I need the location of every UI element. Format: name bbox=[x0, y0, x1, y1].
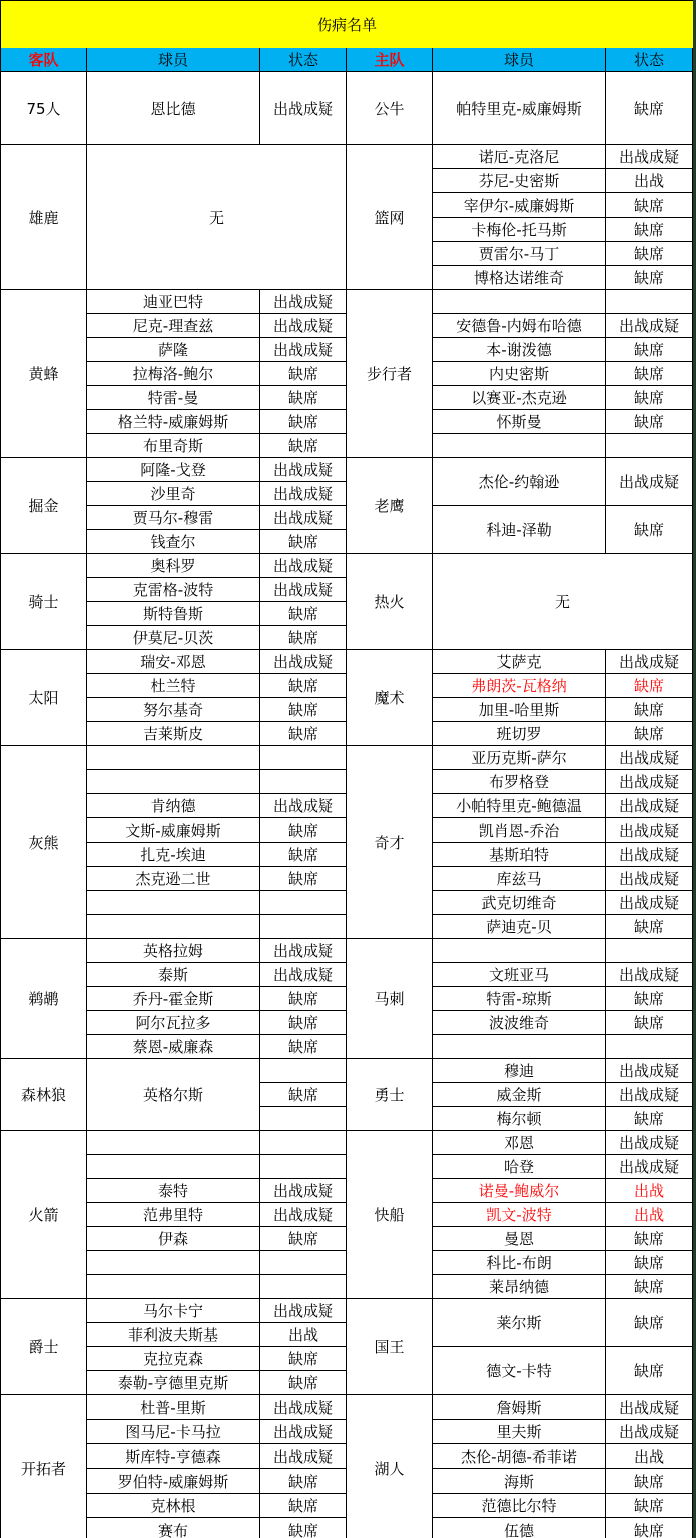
away-player-cell bbox=[87, 1155, 260, 1179]
away-team-cell: 森林狼 bbox=[0, 1059, 87, 1131]
away-player-cell: 阿隆-戈登 bbox=[87, 458, 260, 482]
home-status-cell: 缺席 bbox=[606, 698, 693, 722]
away-player-cell: 英格拉姆 bbox=[87, 939, 260, 963]
away-status-cell: 缺席 bbox=[260, 843, 347, 867]
away-player-cell: 克雷格-波特 bbox=[87, 578, 260, 602]
away-status-cell: 缺席 bbox=[260, 434, 347, 458]
home-player-cell: 穆迪 bbox=[433, 1059, 606, 1083]
home-player-cell: 小帕特里克-鲍德温 bbox=[433, 794, 606, 818]
home-player-cell: 布罗格登 bbox=[433, 770, 606, 794]
home-player-cell: 波波维奇 bbox=[433, 1011, 606, 1035]
home-status-cell: 出战成疑 bbox=[606, 818, 693, 843]
away-status-cell: 缺席 bbox=[260, 1518, 347, 1538]
away-player-cell bbox=[87, 1131, 260, 1155]
away-player-cell: 吉莱斯皮 bbox=[87, 722, 260, 746]
away-status-cell: 缺席 bbox=[260, 1083, 347, 1107]
home-status-cell: 出战成疑 bbox=[606, 770, 693, 794]
away-status-cell: 缺席 bbox=[260, 1469, 347, 1494]
away-status-cell: 出战成疑 bbox=[260, 650, 347, 674]
home-player-cell: 凯文-波特 bbox=[433, 1203, 606, 1227]
home-player-cell bbox=[433, 290, 606, 314]
away-status-cell: 出战成疑 bbox=[260, 939, 347, 963]
away-status-cell bbox=[260, 1251, 347, 1275]
home-status-cell: 出战成疑 bbox=[606, 650, 693, 674]
away-team-cell: 太阳 bbox=[0, 650, 87, 746]
home-status-cell: 缺席 bbox=[606, 362, 693, 386]
away-status-cell: 缺席 bbox=[260, 362, 347, 386]
home-player-cell: 诺厄-克洛尼 bbox=[433, 145, 606, 169]
away-player-cell: 马尔卡宁 bbox=[87, 1299, 260, 1323]
away-status-cell bbox=[260, 1131, 347, 1155]
home-status-cell: 缺席 bbox=[606, 266, 693, 290]
away-status-cell: 缺席 bbox=[260, 410, 347, 434]
away-player-cell: 罗伯特-威廉姆斯 bbox=[87, 1469, 260, 1494]
away-no-injuries: 无 bbox=[87, 145, 347, 290]
home-player-cell: 宰伊尔-威廉姆斯 bbox=[433, 193, 606, 218]
away-status-cell: 出战成疑 bbox=[260, 482, 347, 506]
home-status-cell: 出战成疑 bbox=[606, 1131, 693, 1155]
home-status-cell: 缺席 bbox=[606, 72, 693, 145]
home-player-cell: 科比-布朗 bbox=[433, 1251, 606, 1275]
home-player-cell: 范德比尔特 bbox=[433, 1494, 606, 1518]
home-player-cell bbox=[433, 1035, 606, 1059]
away-status-cell bbox=[260, 1155, 347, 1179]
home-status-cell: 出战 bbox=[606, 1203, 693, 1227]
away-status-cell: 出战成疑 bbox=[260, 338, 347, 362]
away-status-cell: 出战成疑 bbox=[260, 1203, 347, 1227]
home-status-cell: 缺席 bbox=[606, 674, 693, 698]
away-player-cell: 萨隆 bbox=[87, 338, 260, 362]
away-status-cell bbox=[260, 1275, 347, 1299]
home-player-cell: 班切罗 bbox=[433, 722, 606, 746]
home-status-cell: 缺席 bbox=[606, 1518, 693, 1538]
home-team-cell: 步行者 bbox=[347, 290, 433, 458]
away-status-cell: 缺席 bbox=[260, 1227, 347, 1251]
away-player-cell: 泰斯 bbox=[87, 963, 260, 987]
home-status-cell bbox=[606, 434, 693, 458]
home-status-cell: 缺席 bbox=[606, 506, 693, 554]
away-player-cell: 斯库特-亨德森 bbox=[87, 1444, 260, 1469]
away-player-cell: 迪亚巴特 bbox=[87, 290, 260, 314]
away-team-cell: 灰熊 bbox=[0, 746, 87, 939]
home-team-cell: 魔术 bbox=[347, 650, 433, 746]
home-team-cell: 湖人 bbox=[347, 1395, 433, 1538]
home-player-cell: 博格达诺维奇 bbox=[433, 266, 606, 290]
away-player-cell: 布里奇斯 bbox=[87, 434, 260, 458]
away-status-cell: 缺席 bbox=[260, 530, 347, 554]
home-status-cell: 出战成疑 bbox=[606, 1395, 693, 1420]
header-away-player: 球员 bbox=[87, 48, 260, 72]
away-status-cell: 缺席 bbox=[260, 867, 347, 891]
home-status-cell: 缺席 bbox=[606, 193, 693, 218]
away-player-cell bbox=[87, 1251, 260, 1275]
away-status-cell bbox=[260, 746, 347, 770]
home-status-cell bbox=[606, 939, 693, 963]
away-status-cell: 出战 bbox=[260, 1323, 347, 1347]
away-team-cell: 雄鹿 bbox=[0, 145, 87, 290]
away-player-cell bbox=[87, 770, 260, 794]
away-player-cell: 乔丹-霍金斯 bbox=[87, 987, 260, 1011]
home-player-cell: 内史密斯 bbox=[433, 362, 606, 386]
home-player-cell: 科迪-泽勒 bbox=[433, 506, 606, 554]
home-player-cell: 卡梅伦-托马斯 bbox=[433, 218, 606, 242]
away-status-cell: 出战成疑 bbox=[260, 1299, 347, 1323]
away-player-cell: 杜普-里斯 bbox=[87, 1395, 260, 1420]
header-home-player: 球员 bbox=[433, 48, 606, 72]
away-player-cell: 赛布 bbox=[87, 1518, 260, 1538]
away-player-cell bbox=[87, 746, 260, 770]
home-player-cell: 怀斯曼 bbox=[433, 410, 606, 434]
home-no-injuries: 无 bbox=[433, 554, 693, 650]
home-status-cell: 缺席 bbox=[606, 987, 693, 1011]
home-player-cell: 莱昂纳德 bbox=[433, 1275, 606, 1299]
away-status-cell: 出战成疑 bbox=[260, 72, 347, 145]
home-player-cell: 以赛亚-杰克逊 bbox=[433, 386, 606, 410]
away-team-cell: 骑士 bbox=[0, 554, 87, 650]
home-status-cell: 缺席 bbox=[606, 218, 693, 242]
home-status-cell: 出战成疑 bbox=[606, 458, 693, 506]
away-player-cell bbox=[87, 891, 260, 915]
header-home-status: 状态 bbox=[606, 48, 693, 72]
away-player-cell bbox=[87, 1275, 260, 1299]
home-player-cell: 帕特里克-威廉姆斯 bbox=[433, 72, 606, 145]
away-status-cell: 出战成疑 bbox=[260, 314, 347, 338]
away-player-cell: 钱查尔 bbox=[87, 530, 260, 554]
home-status-cell: 出战成疑 bbox=[606, 746, 693, 770]
away-status-cell: 出战成疑 bbox=[260, 554, 347, 578]
home-player-cell bbox=[433, 434, 606, 458]
away-player-cell: 拉梅洛-鲍尔 bbox=[87, 362, 260, 386]
home-player-cell: 亚历克斯-萨尔 bbox=[433, 746, 606, 770]
away-player-cell: 泰特 bbox=[87, 1179, 260, 1203]
away-player-cell: 泰勒-亨德里克斯 bbox=[87, 1371, 260, 1395]
away-player-cell: 图马尼-卡马拉 bbox=[87, 1420, 260, 1444]
away-player-cell: 文斯-威廉姆斯 bbox=[87, 818, 260, 843]
away-status-cell: 缺席 bbox=[260, 674, 347, 698]
home-status-cell: 出战 bbox=[606, 169, 693, 193]
home-player-cell: 凯肖恩-乔治 bbox=[433, 818, 606, 843]
home-player-cell: 艾萨克 bbox=[433, 650, 606, 674]
home-player-cell: 詹姆斯 bbox=[433, 1395, 606, 1420]
home-player-cell: 诺曼-鲍威尔 bbox=[433, 1179, 606, 1203]
home-player-cell: 文班亚马 bbox=[433, 963, 606, 987]
home-status-cell: 缺席 bbox=[606, 1011, 693, 1035]
home-player-cell: 杰伦-约翰逊 bbox=[433, 458, 606, 506]
away-player-cell: 努尔基奇 bbox=[87, 698, 260, 722]
away-status-cell: 缺席 bbox=[260, 386, 347, 410]
away-player-cell: 瑞安-邓恩 bbox=[87, 650, 260, 674]
away-player-cell bbox=[87, 915, 260, 939]
away-player-cell: 菲利波夫斯基 bbox=[87, 1323, 260, 1347]
home-status-cell: 出战成疑 bbox=[606, 314, 693, 338]
home-status-cell: 缺席 bbox=[606, 242, 693, 266]
away-player-cell: 特雷-曼 bbox=[87, 386, 260, 410]
home-status-cell: 缺席 bbox=[606, 1494, 693, 1518]
home-status-cell: 缺席 bbox=[606, 1107, 693, 1131]
away-player-cell: 肯纳德 bbox=[87, 794, 260, 818]
home-player-cell: 伍德 bbox=[433, 1518, 606, 1538]
away-player-cell: 蔡恩-威廉森 bbox=[87, 1035, 260, 1059]
away-player-cell: 贾马尔-穆雷 bbox=[87, 506, 260, 530]
away-team-cell: 掘金 bbox=[0, 458, 87, 554]
home-team-cell: 快船 bbox=[347, 1131, 433, 1299]
home-player-cell: 安德鲁-内姆布哈德 bbox=[433, 314, 606, 338]
home-player-cell: 库兹马 bbox=[433, 867, 606, 891]
home-player-cell: 杰伦-胡德-希菲诺 bbox=[433, 1444, 606, 1469]
away-status-cell bbox=[260, 891, 347, 915]
home-status-cell: 缺席 bbox=[606, 338, 693, 362]
header-away-status: 状态 bbox=[260, 48, 347, 72]
away-status-cell: 缺席 bbox=[260, 698, 347, 722]
header-away-team: 客队 bbox=[0, 48, 87, 72]
away-status-cell: 出战成疑 bbox=[260, 963, 347, 987]
away-status-cell: 缺席 bbox=[260, 1011, 347, 1035]
home-status-cell: 缺席 bbox=[606, 1275, 693, 1299]
home-status-cell bbox=[606, 1035, 693, 1059]
home-player-cell: 芬尼-史密斯 bbox=[433, 169, 606, 193]
away-player-cell: 斯特鲁斯 bbox=[87, 602, 260, 626]
home-player-cell: 邓恩 bbox=[433, 1131, 606, 1155]
home-player-cell bbox=[433, 939, 606, 963]
away-player-cell: 扎克-埃迪 bbox=[87, 843, 260, 867]
away-status-cell: 出战成疑 bbox=[260, 290, 347, 314]
away-player-cell: 沙里奇 bbox=[87, 482, 260, 506]
home-status-cell: 出战成疑 bbox=[606, 1083, 693, 1107]
home-player-cell: 曼恩 bbox=[433, 1227, 606, 1251]
away-status-cell: 出战成疑 bbox=[260, 1444, 347, 1469]
away-player-cell: 恩比德 bbox=[87, 72, 260, 145]
home-status-cell: 缺席 bbox=[606, 1251, 693, 1275]
home-status-cell: 出战 bbox=[606, 1444, 693, 1469]
home-team-cell: 国王 bbox=[347, 1299, 433, 1395]
home-status-cell: 缺席 bbox=[606, 386, 693, 410]
home-player-cell: 加里-哈里斯 bbox=[433, 698, 606, 722]
home-status-cell: 出战成疑 bbox=[606, 867, 693, 891]
home-player-cell: 哈登 bbox=[433, 1155, 606, 1179]
home-player-cell: 贾雷尔-马丁 bbox=[433, 242, 606, 266]
away-player-cell: 尼克-理查兹 bbox=[87, 314, 260, 338]
away-status-cell bbox=[260, 915, 347, 939]
home-player-cell: 弗朗茨-瓦格纳 bbox=[433, 674, 606, 698]
home-status-cell: 出战成疑 bbox=[606, 794, 693, 818]
away-status-cell: 出战成疑 bbox=[260, 794, 347, 818]
away-player-cell: 杜兰特 bbox=[87, 674, 260, 698]
home-status-cell: 缺席 bbox=[606, 1299, 693, 1347]
away-status-cell: 出战成疑 bbox=[260, 506, 347, 530]
home-status-cell bbox=[606, 290, 693, 314]
home-player-cell: 梅尔顿 bbox=[433, 1107, 606, 1131]
home-status-cell: 缺席 bbox=[606, 1469, 693, 1494]
away-player-cell: 英格尔斯 bbox=[87, 1059, 260, 1131]
away-status-cell: 缺席 bbox=[260, 818, 347, 843]
home-team-cell: 奇才 bbox=[347, 746, 433, 939]
home-status-cell: 缺席 bbox=[606, 410, 693, 434]
home-status-cell: 出战成疑 bbox=[606, 1420, 693, 1444]
away-player-cell: 范弗里特 bbox=[87, 1203, 260, 1227]
home-status-cell: 出战成疑 bbox=[606, 1059, 693, 1083]
away-team-cell: 鹈鹕 bbox=[0, 939, 87, 1059]
home-status-cell: 出战成疑 bbox=[606, 891, 693, 915]
home-status-cell: 出战成疑 bbox=[606, 145, 693, 169]
home-status-cell: 缺席 bbox=[606, 1227, 693, 1251]
header-home-team: 主队 bbox=[347, 48, 433, 72]
home-team-cell: 热火 bbox=[347, 554, 433, 650]
away-player-cell: 伊森 bbox=[87, 1227, 260, 1251]
home-status-cell: 出战 bbox=[606, 1179, 693, 1203]
away-status-cell: 出战成疑 bbox=[260, 458, 347, 482]
away-status-cell: 缺席 bbox=[260, 1494, 347, 1518]
home-status-cell: 缺席 bbox=[606, 915, 693, 939]
away-team-cell: 爵士 bbox=[0, 1299, 87, 1395]
away-status-cell: 缺席 bbox=[260, 602, 347, 626]
away-player-cell: 奥科罗 bbox=[87, 554, 260, 578]
home-player-cell: 威金斯 bbox=[433, 1083, 606, 1107]
home-player-cell: 特雷-琼斯 bbox=[433, 987, 606, 1011]
away-status-cell: 缺席 bbox=[260, 1035, 347, 1059]
home-player-cell: 基斯珀特 bbox=[433, 843, 606, 867]
away-status-cell bbox=[260, 1059, 347, 1083]
home-player-cell: 里夫斯 bbox=[433, 1420, 606, 1444]
away-status-cell: 缺席 bbox=[260, 987, 347, 1011]
away-player-cell: 克林根 bbox=[87, 1494, 260, 1518]
home-team-cell: 勇士 bbox=[347, 1059, 433, 1131]
away-player-cell: 伊莫尼-贝茨 bbox=[87, 626, 260, 650]
home-status-cell: 缺席 bbox=[606, 722, 693, 746]
away-status-cell bbox=[260, 1107, 347, 1131]
home-player-cell: 莱尔斯 bbox=[433, 1299, 606, 1347]
away-team-cell: 黄蜂 bbox=[0, 290, 87, 458]
home-player-cell: 萨迪克-贝 bbox=[433, 915, 606, 939]
away-player-cell: 格兰特-威廉姆斯 bbox=[87, 410, 260, 434]
home-status-cell: 出战成疑 bbox=[606, 843, 693, 867]
away-status-cell: 出战成疑 bbox=[260, 1395, 347, 1420]
away-player-cell: 阿尔瓦拉多 bbox=[87, 1011, 260, 1035]
home-player-cell: 武克切维奇 bbox=[433, 891, 606, 915]
away-status-cell: 缺席 bbox=[260, 1371, 347, 1395]
home-team-cell: 马刺 bbox=[347, 939, 433, 1059]
away-player-cell: 克拉克森 bbox=[87, 1347, 260, 1371]
away-team-cell: 75人 bbox=[0, 72, 87, 145]
home-player-cell: 德文-卡特 bbox=[433, 1347, 606, 1395]
away-status-cell: 缺席 bbox=[260, 626, 347, 650]
home-team-cell: 篮网 bbox=[347, 145, 433, 290]
home-player-cell: 本-谢泼德 bbox=[433, 338, 606, 362]
home-status-cell: 缺席 bbox=[606, 1347, 693, 1395]
home-player-cell: 海斯 bbox=[433, 1469, 606, 1494]
home-team-cell: 公牛 bbox=[347, 72, 433, 145]
away-status-cell: 出战成疑 bbox=[260, 578, 347, 602]
away-team-cell: 开拓者 bbox=[0, 1395, 87, 1538]
home-team-cell: 老鹰 bbox=[347, 458, 433, 554]
away-player-cell: 杰克逊二世 bbox=[87, 867, 260, 891]
away-status-cell: 出战成疑 bbox=[260, 1179, 347, 1203]
home-status-cell: 出战成疑 bbox=[606, 963, 693, 987]
home-status-cell: 出战成疑 bbox=[606, 1155, 693, 1179]
away-status-cell: 缺席 bbox=[260, 722, 347, 746]
away-status-cell: 出战成疑 bbox=[260, 1420, 347, 1444]
away-status-cell bbox=[260, 770, 347, 794]
away-status-cell: 缺席 bbox=[260, 1347, 347, 1371]
injury-report-sheet: 伤病名单 客队 球员 状态 主队 球员 状态 75人恩比德出战成疑公牛帕特里克-… bbox=[0, 0, 693, 1538]
away-team-cell: 火箭 bbox=[0, 1131, 87, 1299]
sheet-title: 伤病名单 bbox=[0, 0, 694, 49]
